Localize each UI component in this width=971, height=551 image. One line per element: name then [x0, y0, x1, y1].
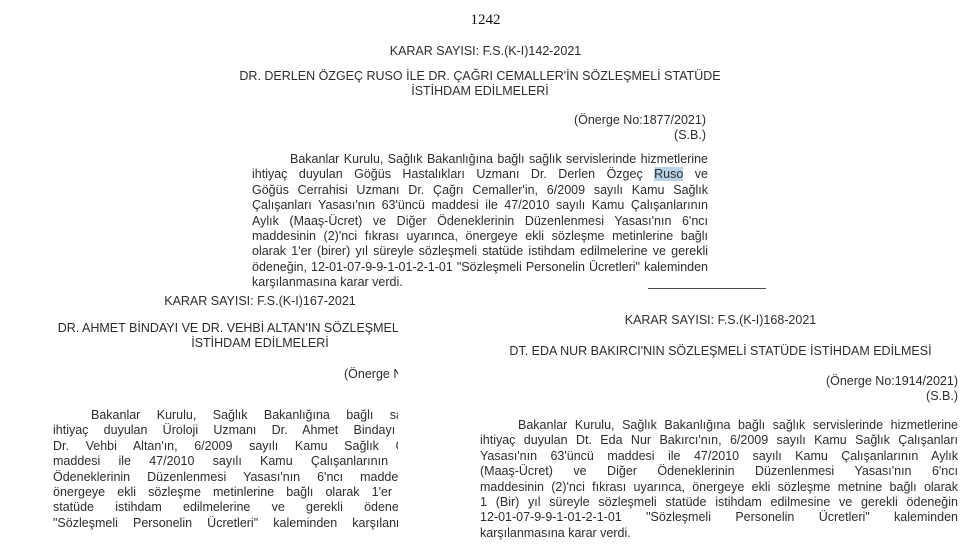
motion-reference-142: (Önerge No:1877/2021) (S.B.): [500, 113, 706, 143]
body-line: Dr. Vehbi Altan'ın, 6/2009 sayılı Kamu S…: [53, 439, 398, 454]
motion-reference-167: (Önerge No: [300, 367, 398, 382]
body-line: olarak 1'er (birer) yıl süreyle sözleşme…: [252, 244, 708, 259]
body-line: "Sözleşmeli Personelin Ücretleri" kalemi…: [53, 516, 398, 531]
motion-number: (Önerge No:1914/2021): [700, 374, 958, 389]
body-line: maddesi ile 47/2010 sayılı Kamu Çalışanl…: [53, 454, 398, 469]
body-line: maddesinin (2)'nci fıkrası uyarınca, öne…: [480, 480, 958, 495]
body-line: ödeneğin, 12-01-07-9-9-1-01-2-1-01 "Sözl…: [252, 260, 708, 275]
body-line: Bakanlar Kurulu, Sağlık Bakanlığına bağl…: [480, 418, 958, 433]
body-line: 1 (Bir) yıl süreyle sözleşmeli statüde i…: [480, 495, 958, 510]
motion-reference-168: (Önerge No:1914/2021) (S.B.): [700, 374, 958, 404]
title-line: DT. EDA NUR BAKIRCI'NIN SÖZLEŞMELİ STATÜ…: [470, 344, 971, 359]
body-line: Yasası'nın 63'üncü maddesi ile 47/2010 s…: [480, 449, 958, 464]
body-line: önergeye ekli sözleşme metinlerine bağlı…: [53, 485, 398, 500]
decision-number-142: KARAR SAYISI: F.S.(K-I)142-2021: [0, 44, 971, 58]
ministry-code: (S.B.): [500, 128, 706, 143]
body-line: ihtiyaç duyulan Göğüs Hastalıkları Uzman…: [252, 167, 708, 182]
body-line: karşılanmasına karar verdi.: [480, 526, 958, 541]
selected-text-highlight[interactable]: Ruso: [654, 167, 683, 181]
decision-title-167: DR. AHMET BİNDAYI VE DR. VEHBİ ALTAN'IN …: [0, 321, 398, 351]
body-line: ihtiyaç duyulan Dt. Eda Nur Bakırcı'nın,…: [480, 433, 958, 448]
decision-block-167: KARAR SAYISI: F.S.(K-I)167-2021 DR. AHME…: [0, 280, 398, 551]
decision-body-168[interactable]: Bakanlar Kurulu, Sağlık Bakanlığına bağl…: [480, 418, 958, 541]
body-text-segment: ihtiyaç duyulan Göğüs Hastalıkları Uzman…: [252, 167, 654, 181]
body-line: statüde istihdam edilmelerine ve gerekli…: [53, 500, 398, 515]
body-line: 12-01-07-9-9-1-01-2-1-01 "Sözleşmeli Per…: [480, 510, 958, 525]
title-line: DR. AHMET BİNDAYI VE DR. VEHBİ ALTAN'IN …: [0, 321, 398, 336]
decision-number-168: KARAR SAYISI: F.S.(K-I)168-2021: [470, 313, 971, 327]
body-line: (Maaş-Ücret) ve Diğer Ödeneklerinin Düze…: [480, 464, 958, 479]
body-line: Göğüs Cerrahisi Uzmanı Dr. Çağrı Cemalle…: [252, 183, 708, 198]
body-text-segment: ve: [683, 167, 708, 181]
title-line: İSTİHDAM EDİLMELERİ: [200, 84, 760, 99]
body-line: Bakanlar Kurulu, Sağlık Bakanlığına bağl…: [53, 408, 398, 423]
body-line: Bakanlar Kurulu, Sağlık Bakanlığına bağl…: [252, 152, 708, 167]
decision-number-167: KARAR SAYISI: F.S.(K-I)167-2021: [0, 294, 398, 308]
motion-number: (Önerge No: [300, 367, 398, 382]
page-number: 1242: [0, 12, 971, 29]
decision-body-142[interactable]: Bakanlar Kurulu, Sağlık Bakanlığına bağl…: [252, 152, 708, 291]
decision-body-167[interactable]: Bakanlar Kurulu, Sağlık Bakanlığına bağl…: [53, 408, 398, 531]
decision-title-168: DT. EDA NUR BAKIRCI'NIN SÖZLEŞMELİ STATÜ…: [470, 344, 971, 359]
decision-title-142: DR. DERLEN ÖZGEÇ RUSO İLE DR. ÇAĞRI CEMA…: [200, 69, 760, 99]
body-line: Çalışanları Yasası'nın 63'üncü maddesi i…: [252, 198, 708, 213]
section-divider: [648, 288, 766, 289]
body-line: Ödeneklerinin Düzenlenmesi Yasası'nın 6'…: [53, 470, 398, 485]
motion-number: (Önerge No:1877/2021): [500, 113, 706, 128]
ministry-code: (S.B.): [700, 389, 958, 404]
body-line: Aylık (Maaş-Ücret) ve Diğer Ödeneklerini…: [252, 214, 708, 229]
body-line: maddesinin (2)'nci fıkrası uyarınca, öne…: [252, 229, 708, 244]
title-line: DR. DERLEN ÖZGEÇ RUSO İLE DR. ÇAĞRI CEMA…: [200, 69, 760, 84]
title-line: İSTİHDAM EDİLMELERİ: [0, 336, 398, 351]
body-line: ihtiyaç duyulan Üroloji Uzmanı Dr. Ahmet…: [53, 423, 398, 438]
